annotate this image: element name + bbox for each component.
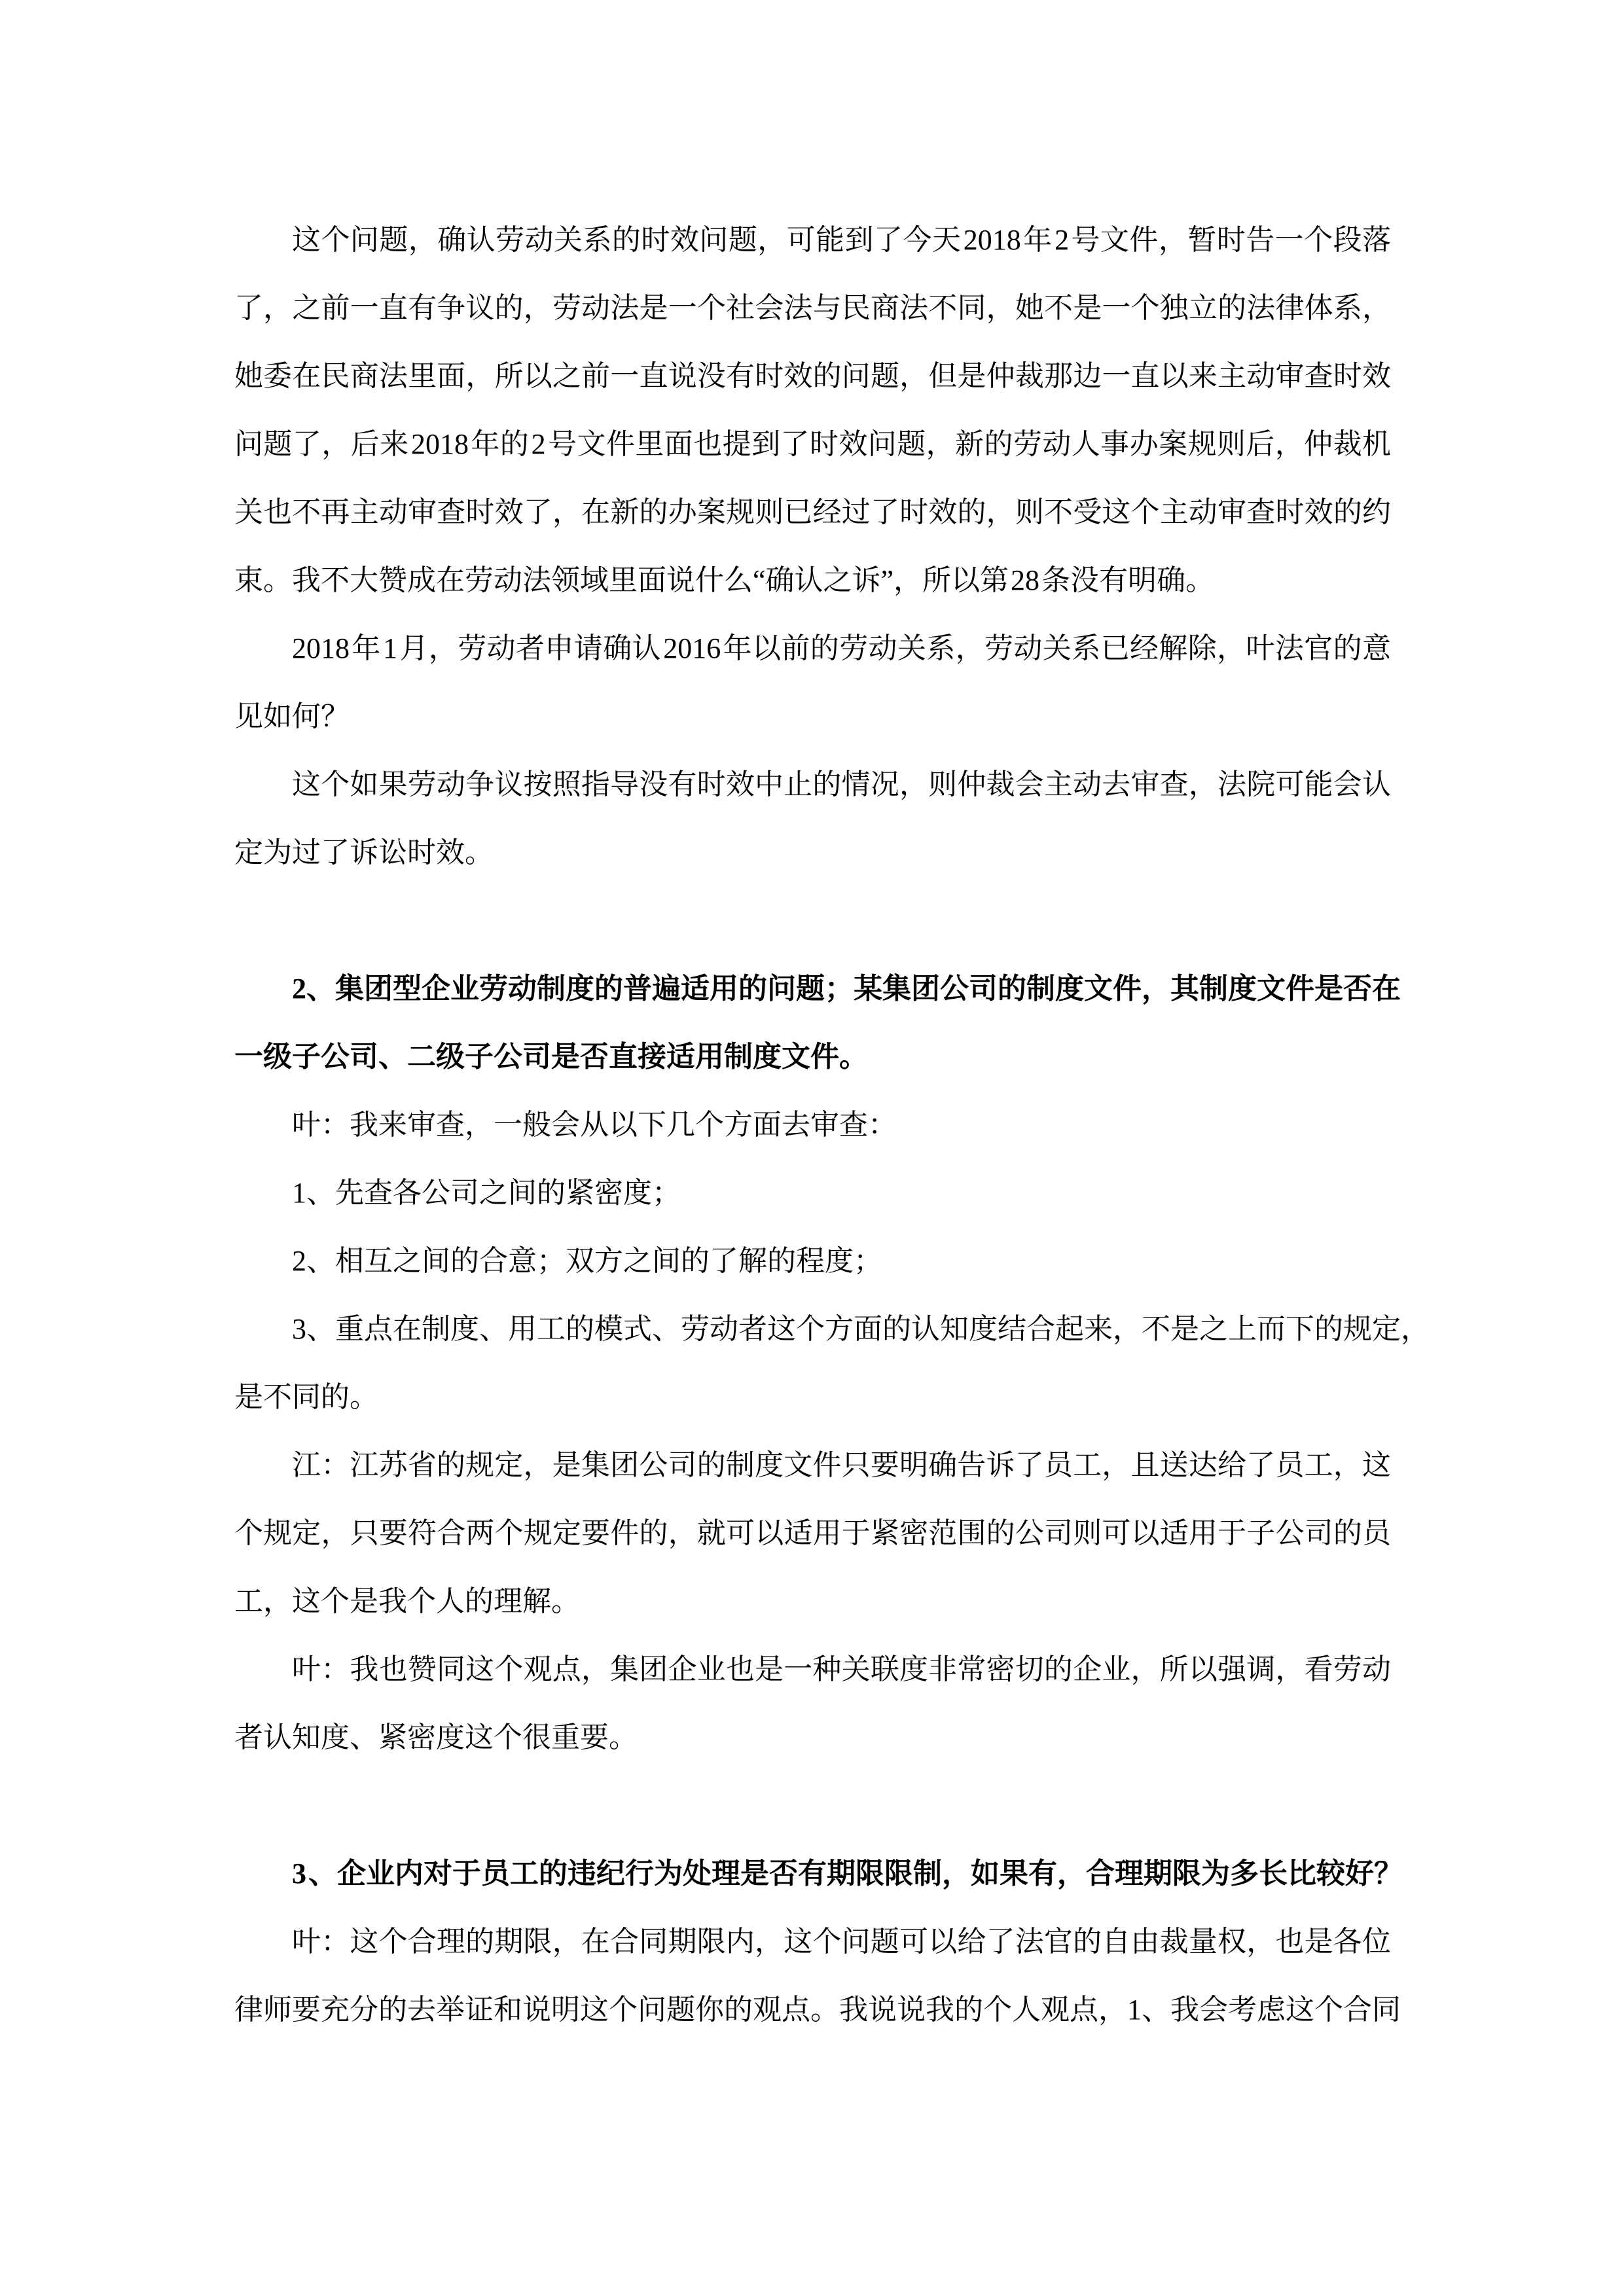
text-line: 见如何？ [234,683,1391,751]
text-line: 3、重点在制度、用工的模式、劳动者这个方面的认知度结合起来，不是之上而下的规定， [234,1295,1391,1363]
blank-line [234,1772,1391,1840]
document-page: 这个问题，确认劳动关系的时效问题，可能到了今天 2018 年 2 号文件，暂时告… [0,0,1624,2296]
text-line: 1、先查各公司之间的紧密度； [234,1159,1391,1227]
text-line: 是不同的。 [234,1363,1391,1431]
text-line: 叶：我来审查，一般会从以下几个方面去审查： [234,1091,1391,1159]
text-line: 者认知度、紧密度这个很重要。 [234,1704,1391,1772]
text-line: 个规定，只要符合两个规定要件的，就可以适用于紧密范围的公司则可以适用于子公司的员 [234,1499,1391,1568]
document-lines: 这个问题，确认劳动关系的时效问题，可能到了今天 2018 年 2 号文件，暂时告… [234,206,1391,2044]
text-line: 叶：这个合理的期限，在合同期限内，这个问题可以给了法官的自由裁量权，也是各位 [234,1908,1391,1976]
text-line: 这个问题，确认劳动关系的时效问题，可能到了今天 2018 年 2 号文件，暂时告… [234,206,1391,274]
text-line: 她委在民商法里面，所以之前一直说没有时效的问题，但是仲裁那边一直以来主动审查时效 [234,342,1391,410]
text-line: 一级子公司、二级子公司是否直接适用制度文件。 [234,1023,1391,1091]
text-line: 定为过了诉讼时效。 [234,819,1391,887]
text-line: 了，之前一直有争议的，劳动法是一个社会法与民商法不同，她不是一个独立的法律体系， [234,274,1391,342]
text-line: 束。我不大赞成在劳动法领域里面说什么“确认之诉”，所以第 28 条没有明确。 [234,547,1391,615]
text-line: 问题了，后来 2018 年的 2 号文件里面也提到了时效问题，新的劳动人事办案规… [234,410,1391,478]
text-line: 2、集团型企业劳动制度的普遍适用的问题；某集团公司的制度文件，其制度文件是否在 [234,955,1391,1023]
text-line: 江：江苏省的规定，是集团公司的制度文件只要明确告诉了员工，且送达给了员工，这 [234,1431,1391,1499]
text-line: 2、相互之间的合意；双方之间的了解的程度； [234,1227,1391,1295]
text-line: 工，这个是我个人的理解。 [234,1568,1391,1636]
text-line: 叶：我也赞同这个观点，集团企业也是一种关联度非常密切的企业，所以强调，看劳动 [234,1636,1391,1704]
text-line: 律师要充分的去举证和说明这个问题你的观点。我说说我的个人观点，1、我会考虑这个合… [234,1976,1391,2044]
text-line: 这个如果劳动争议按照指导没有时效中止的情况，则仲裁会主动去审查，法院可能会认 [234,751,1391,819]
text-line: 3 、企业内对于员工的违纪行为处理是否有期限限制，如果有，合理期限为多长比较好？ [234,1840,1391,1908]
blank-line [234,887,1391,955]
text-line: 关也不再主动审查时效了，在新的办案规则已经过了时效的，则不受这个主动审查时效的约 [234,478,1391,547]
text-line: 2018 年 1 月，劳动者申请确认 2016 年以前的劳动关系，劳动关系已经解… [234,615,1391,683]
